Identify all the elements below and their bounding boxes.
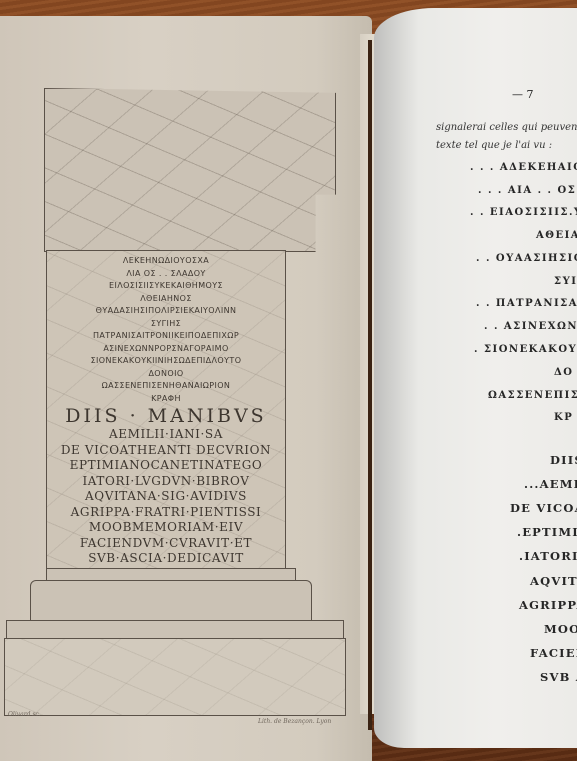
latin-inscription-line: EPTIMIANOCANETINATEGO (50, 458, 282, 474)
latin-inscription-line: DE VICOATHEANTI DECVRION (50, 443, 282, 459)
latin-transcription-line: .IATORI·L (519, 549, 577, 563)
latin-inscription-line: DIIS · MANIBVS (50, 405, 282, 427)
greek-inscription-line: ΕΙΛΟΣΙΣΙΙΣΥΚΕΚΑΙΘΗΜΟΥΣ (50, 280, 282, 293)
greek-inscription-line: ΣΙΟΝΕΚΑΚΟΥΚΙΙΝΙΗΣΩΔΕΠΙΔΛΟΥΤΟ (50, 355, 282, 368)
latin-inscription-line: AQVITANA·SIG·AVIDIVS (50, 489, 282, 505)
greek-inscription-line: ΛΘΕΙΑΗΝΟΣ (50, 293, 282, 306)
stele-base-molding-3 (6, 620, 344, 640)
greek-inscription-line: ΩΑΣΣΕΝΕΠΙΣΕΝΗΘΑΝΑΙΩΡΙΟΝ (50, 380, 282, 393)
book-gutter (368, 40, 372, 730)
latin-inscription-line: IATORI·LVGDVN·BIBROV (50, 474, 282, 490)
prose-line: signalerai celles qui peuvent être (436, 122, 577, 133)
greek-transcription-line: . . ΑΣΙΝΕΧΩΝ. ΝΙ (484, 321, 577, 332)
right-page-text: — 7 signalerai celles qui peuvent être t… (374, 8, 577, 748)
latin-transcription-line: DIIS (550, 453, 577, 467)
stele-inscription: ΛΕΚΕΗΝΩΔΙΟΥΟΣΧΑ ΛΙΑ ΟΣ . . ΣΛΑΔΟΥ ΕΙΛΟΣΙ… (50, 255, 282, 567)
latin-transcription-line: ...AEMIIV (524, 477, 577, 491)
greek-transcription-line: ΩΑΣΣΕΝΕΠΙΣΕ (488, 390, 577, 401)
greek-inscription-line: ΠΑΤΡΑΝΙΣΑΙΤΡΟΝΙΙΚΕΙΠΟΔΕΠΙΧΩΡ (50, 330, 282, 343)
latin-inscription-line: FACIENDVM·CVRAVIT·ET (50, 536, 282, 552)
page-number: — 7 (512, 88, 534, 101)
latin-inscription-line: SVB·ASCIA·DEDICAVIT (50, 551, 282, 567)
stele-base-molding-2 (30, 580, 312, 622)
greek-inscription-line: ΣΥΓΙΗΣ (50, 318, 282, 331)
greek-transcription-line: . . ΕΙΑΟΣΙΣΙΙΣ.ΥΕ (470, 207, 577, 218)
greek-inscription-line: ΘΥΑΔΑΣΙΗΣΙΠΟΛΙΡΣΙΕΚΑΙΥΟΛΙΝΝ (50, 305, 282, 318)
greek-inscription-line: ΚΡΑΦΗ (50, 393, 282, 406)
greek-transcription-line: . . ΠΑΤΡΑΝΙΣΑΕΙΙ (476, 298, 577, 309)
engraver-credit: Olivard sc. (8, 711, 41, 718)
greek-transcription-line: . ΣΙΟΝΕΚΑΚΟΥΚΙΑ (474, 344, 577, 355)
stele-plinth (4, 638, 346, 716)
latin-transcription-line: MOOB (544, 622, 577, 636)
latin-transcription-line: AGRIPPA (519, 598, 577, 612)
latin-transcription-line: SVB A (540, 670, 577, 684)
greek-inscription-line: ΑΣΙΝΕΧΩΝΝΡΟΡΣΝΑΓΟΡΑΙΜΟ (50, 343, 282, 356)
greek-transcription-line: ΚΡ (554, 412, 573, 423)
latin-inscription-line: AGRIPPA·FRATRI·PIENTISSI (50, 505, 282, 521)
prose-line: texte tel que je l'ai vu : (436, 140, 552, 151)
greek-transcription-line: . . . ΑΙΑ . . ΟΣ (478, 185, 576, 196)
greek-transcription-line: . . ΟΥΑΑΣΙΗΣΙΟΑΙΙ (476, 253, 577, 264)
greek-inscription-line: ΛΕΚΕΗΝΩΔΙΟΥΟΣΧΑ (50, 255, 282, 268)
greek-transcription-line: . . . ΑΔΕΚΕΗΑΙΟ. (470, 162, 577, 173)
latin-transcription-line: FACIEN (530, 646, 577, 660)
greek-transcription-line: ΑΘΕΙΑ (536, 230, 577, 241)
latin-transcription-line: AQVITA (530, 574, 577, 588)
latin-inscription-line: AEMILII·IANI·SA (50, 427, 282, 443)
stele-cornice-broken (44, 88, 336, 252)
greek-inscription-line: ΛΙΑ ΟΣ . . ΣΛΑΔΟΥ (50, 268, 282, 281)
greek-transcription-line: ΣΥΙ (554, 276, 577, 287)
greek-transcription-line: ΔΟ (554, 367, 573, 378)
latin-transcription-line: .EPTIMIAI (517, 525, 577, 539)
lithographer-credit: Lith. de Bezançon. Lyon (258, 718, 331, 725)
latin-transcription-line: DE VICOAT (510, 501, 577, 515)
greek-inscription-line: ΔΟΝΟΙΟ (50, 368, 282, 381)
latin-inscription-line: MOOBMEMORIAM·EIV (50, 520, 282, 536)
